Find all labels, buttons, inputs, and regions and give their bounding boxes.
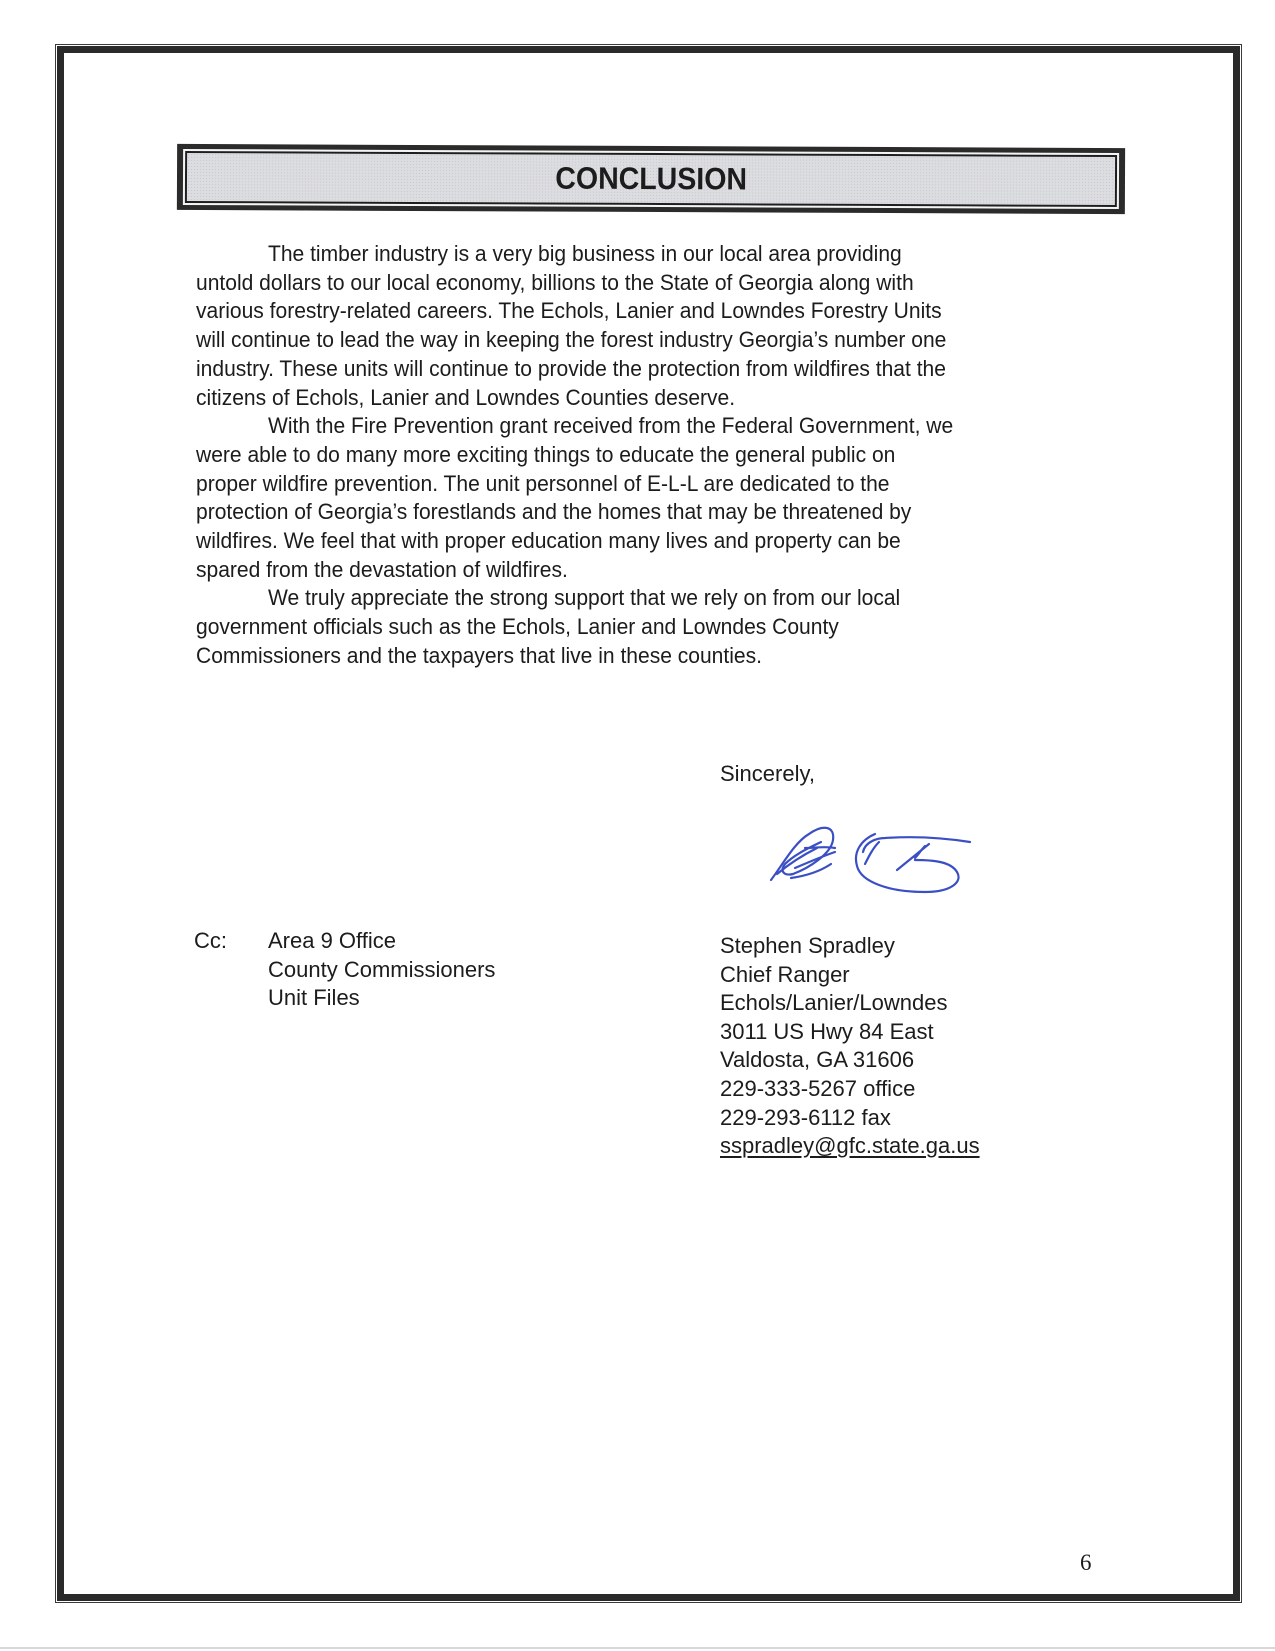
text-line: will continue to lead the way in keeping… xyxy=(124,326,1042,355)
scan-edge-line xyxy=(0,1647,1275,1649)
signer-city-state-zip: Valdosta, GA 31606 xyxy=(720,1046,980,1075)
signer-address: 3011 US Hwy 84 East xyxy=(720,1018,980,1047)
signer-email-link[interactable]: sspradley@gfc.state.ga.us xyxy=(720,1132,980,1161)
text-line: industry. These units will continue to p… xyxy=(124,355,1042,384)
text-line: With the Fire Prevention grant received … xyxy=(196,412,1042,441)
page-number: 6 xyxy=(1080,1550,1092,1576)
paragraph-1: The timber industry is a very big busine… xyxy=(196,240,1042,412)
paragraph-3: We truly appreciate the strong support t… xyxy=(196,584,1042,670)
text-line: were able to do many more exciting thing… xyxy=(124,441,1042,470)
signer-block: Stephen Spradley Chief Ranger Echols/Lan… xyxy=(720,932,980,1161)
handwritten-signature-icon xyxy=(765,812,975,897)
text-line: Commissioners and the taxpayers that liv… xyxy=(124,642,1042,671)
text-line: citizens of Echols, Lanier and Lowndes C… xyxy=(124,384,1042,413)
signer-name: Stephen Spradley xyxy=(720,932,980,961)
signer-office-phone: 229-333-5267 office xyxy=(720,1075,980,1104)
cc-recipient-list: Area 9 Office County Commissioners Unit … xyxy=(268,927,495,1013)
text-line: spared from the devastation of wildfires… xyxy=(124,556,1042,585)
section-banner-inner: CONCLUSION xyxy=(185,151,1117,207)
signer-title: Chief Ranger xyxy=(720,961,980,990)
text-line: wildfires. We feel that with proper educ… xyxy=(124,527,1042,556)
section-title: CONCLUSION xyxy=(555,161,747,198)
text-line: various forestry-related careers. The Ec… xyxy=(124,297,1042,326)
closing-salutation: Sincerely, xyxy=(720,761,815,787)
text-line: protection of Georgia’s forestlands and … xyxy=(124,498,1042,527)
text-line: government officials such as the Echols,… xyxy=(124,613,1042,642)
paragraph-2: With the Fire Prevention grant received … xyxy=(196,412,1042,584)
signer-fax: 229-293-6112 fax xyxy=(720,1104,980,1133)
text-line: The timber industry is a very big busine… xyxy=(196,240,1042,269)
cc-recipient: Area 9 Office xyxy=(268,927,495,956)
text-line: We truly appreciate the strong support t… xyxy=(196,584,1042,613)
cc-label: Cc: xyxy=(194,927,227,956)
cc-recipient: County Commissioners xyxy=(268,956,495,985)
section-banner: CONCLUSION xyxy=(177,144,1125,214)
signer-unit: Echols/Lanier/Lowndes xyxy=(720,989,980,1018)
text-line: untold dollars to our local economy, bil… xyxy=(124,269,1042,298)
body-text: The timber industry is a very big busine… xyxy=(196,240,1042,671)
cc-recipient: Unit Files xyxy=(268,984,495,1013)
text-line: proper wildfire prevention. The unit per… xyxy=(124,470,1042,499)
